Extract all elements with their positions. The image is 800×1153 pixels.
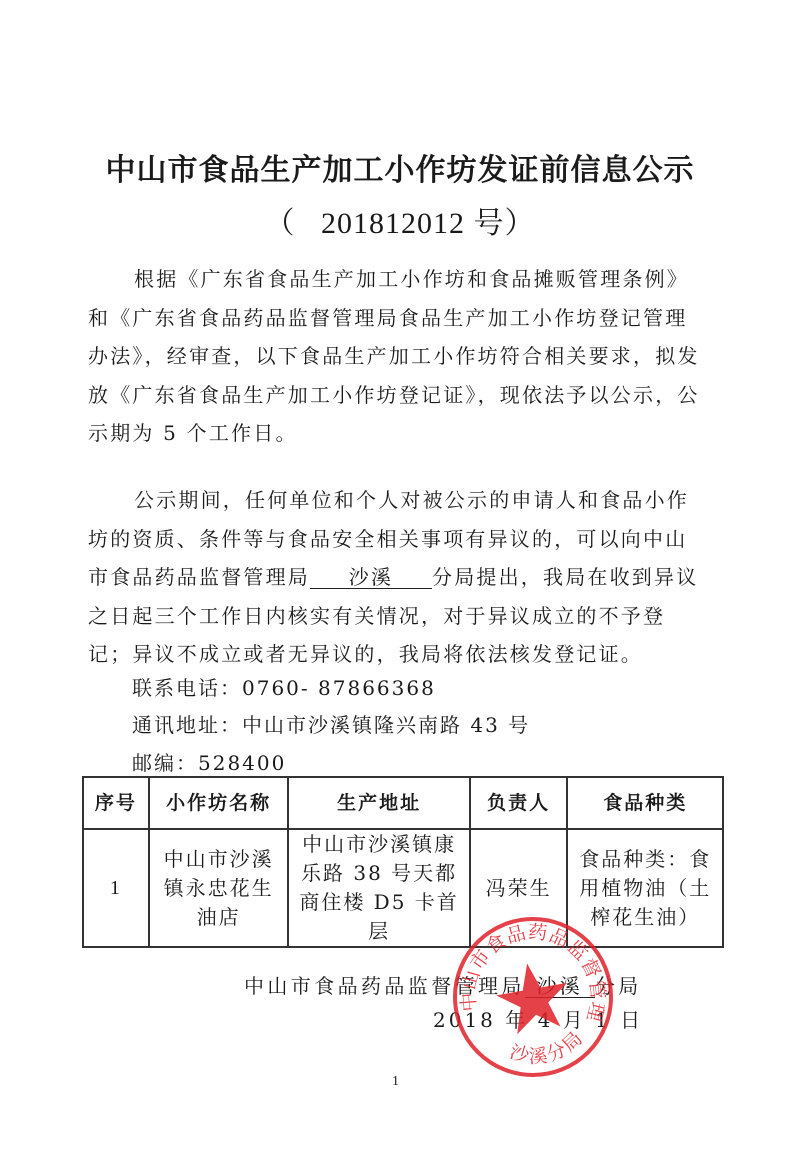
header-name: 小作坊名称 xyxy=(149,777,289,829)
header-address: 生产地址 xyxy=(288,777,469,829)
branch-field: 沙溪 xyxy=(310,566,432,589)
cell-name: 中山市沙溪镇永忠花生油店 xyxy=(149,829,289,947)
document-number: （ 201812012 号） xyxy=(0,198,800,242)
number-suffix-char: 号 xyxy=(474,206,505,241)
paragraph-objection: 公示期间，任何单位和个人对被公示的申请人和食品小作坊的资质、条件等与食品安全相关… xyxy=(88,481,708,674)
phone-label: 联系电话： xyxy=(132,676,242,700)
number-value: 201812012 xyxy=(321,207,465,240)
address-label: 通讯地址： xyxy=(132,713,242,737)
postcode-label: 邮编： xyxy=(132,751,198,775)
cell-index: 1 xyxy=(83,829,149,947)
number-close-paren: ） xyxy=(505,206,536,241)
header-food-type: 食品种类 xyxy=(567,777,723,829)
document-title: 中山市食品生产加工小作坊发证前信息公示 xyxy=(0,145,800,189)
phone-value: 0760- 87866368 xyxy=(242,676,436,700)
number-open-paren: （ xyxy=(265,206,296,241)
header-person: 负责人 xyxy=(470,777,568,829)
table-row: 1 中山市沙溪镇永忠花生油店 中山市沙溪镇康乐路 38 号天都商住楼 D5 卡首… xyxy=(83,829,723,947)
contact-address: 通讯地址：中山市沙溪镇隆兴南路 43 号 xyxy=(132,709,530,738)
official-seal-icon: 中山市食品药品监督管理局 沙溪分局 xyxy=(448,915,618,1080)
postcode-value: 528400 xyxy=(198,751,286,775)
address-value: 中山市沙溪镇隆兴南路 43 号 xyxy=(242,713,530,737)
workshop-table: 序号 小作坊名称 生产地址 负责人 食品种类 1 中山市沙溪镇永忠花生油店 中山… xyxy=(82,776,724,948)
cell-address: 中山市沙溪镇康乐路 38 号天都商住楼 D5 卡首层 xyxy=(288,829,469,947)
contact-postcode: 邮编：528400 xyxy=(132,747,286,776)
table-header-row: 序号 小作坊名称 生产地址 负责人 食品种类 xyxy=(83,777,723,829)
page-number: 1 xyxy=(392,1074,399,1090)
contact-phone: 联系电话：0760- 87866368 xyxy=(132,672,436,701)
paragraph-legal-basis: 根据《广东省食品生产加工小作坊和食品摊贩管理条例》和《广东省食品药品监督管理局食… xyxy=(88,260,708,453)
paragraph-1-text: 根据《广东省食品生产加工小作坊和食品摊贩管理条例》和《广东省食品药品监督管理局食… xyxy=(88,267,700,445)
header-index: 序号 xyxy=(83,777,149,829)
